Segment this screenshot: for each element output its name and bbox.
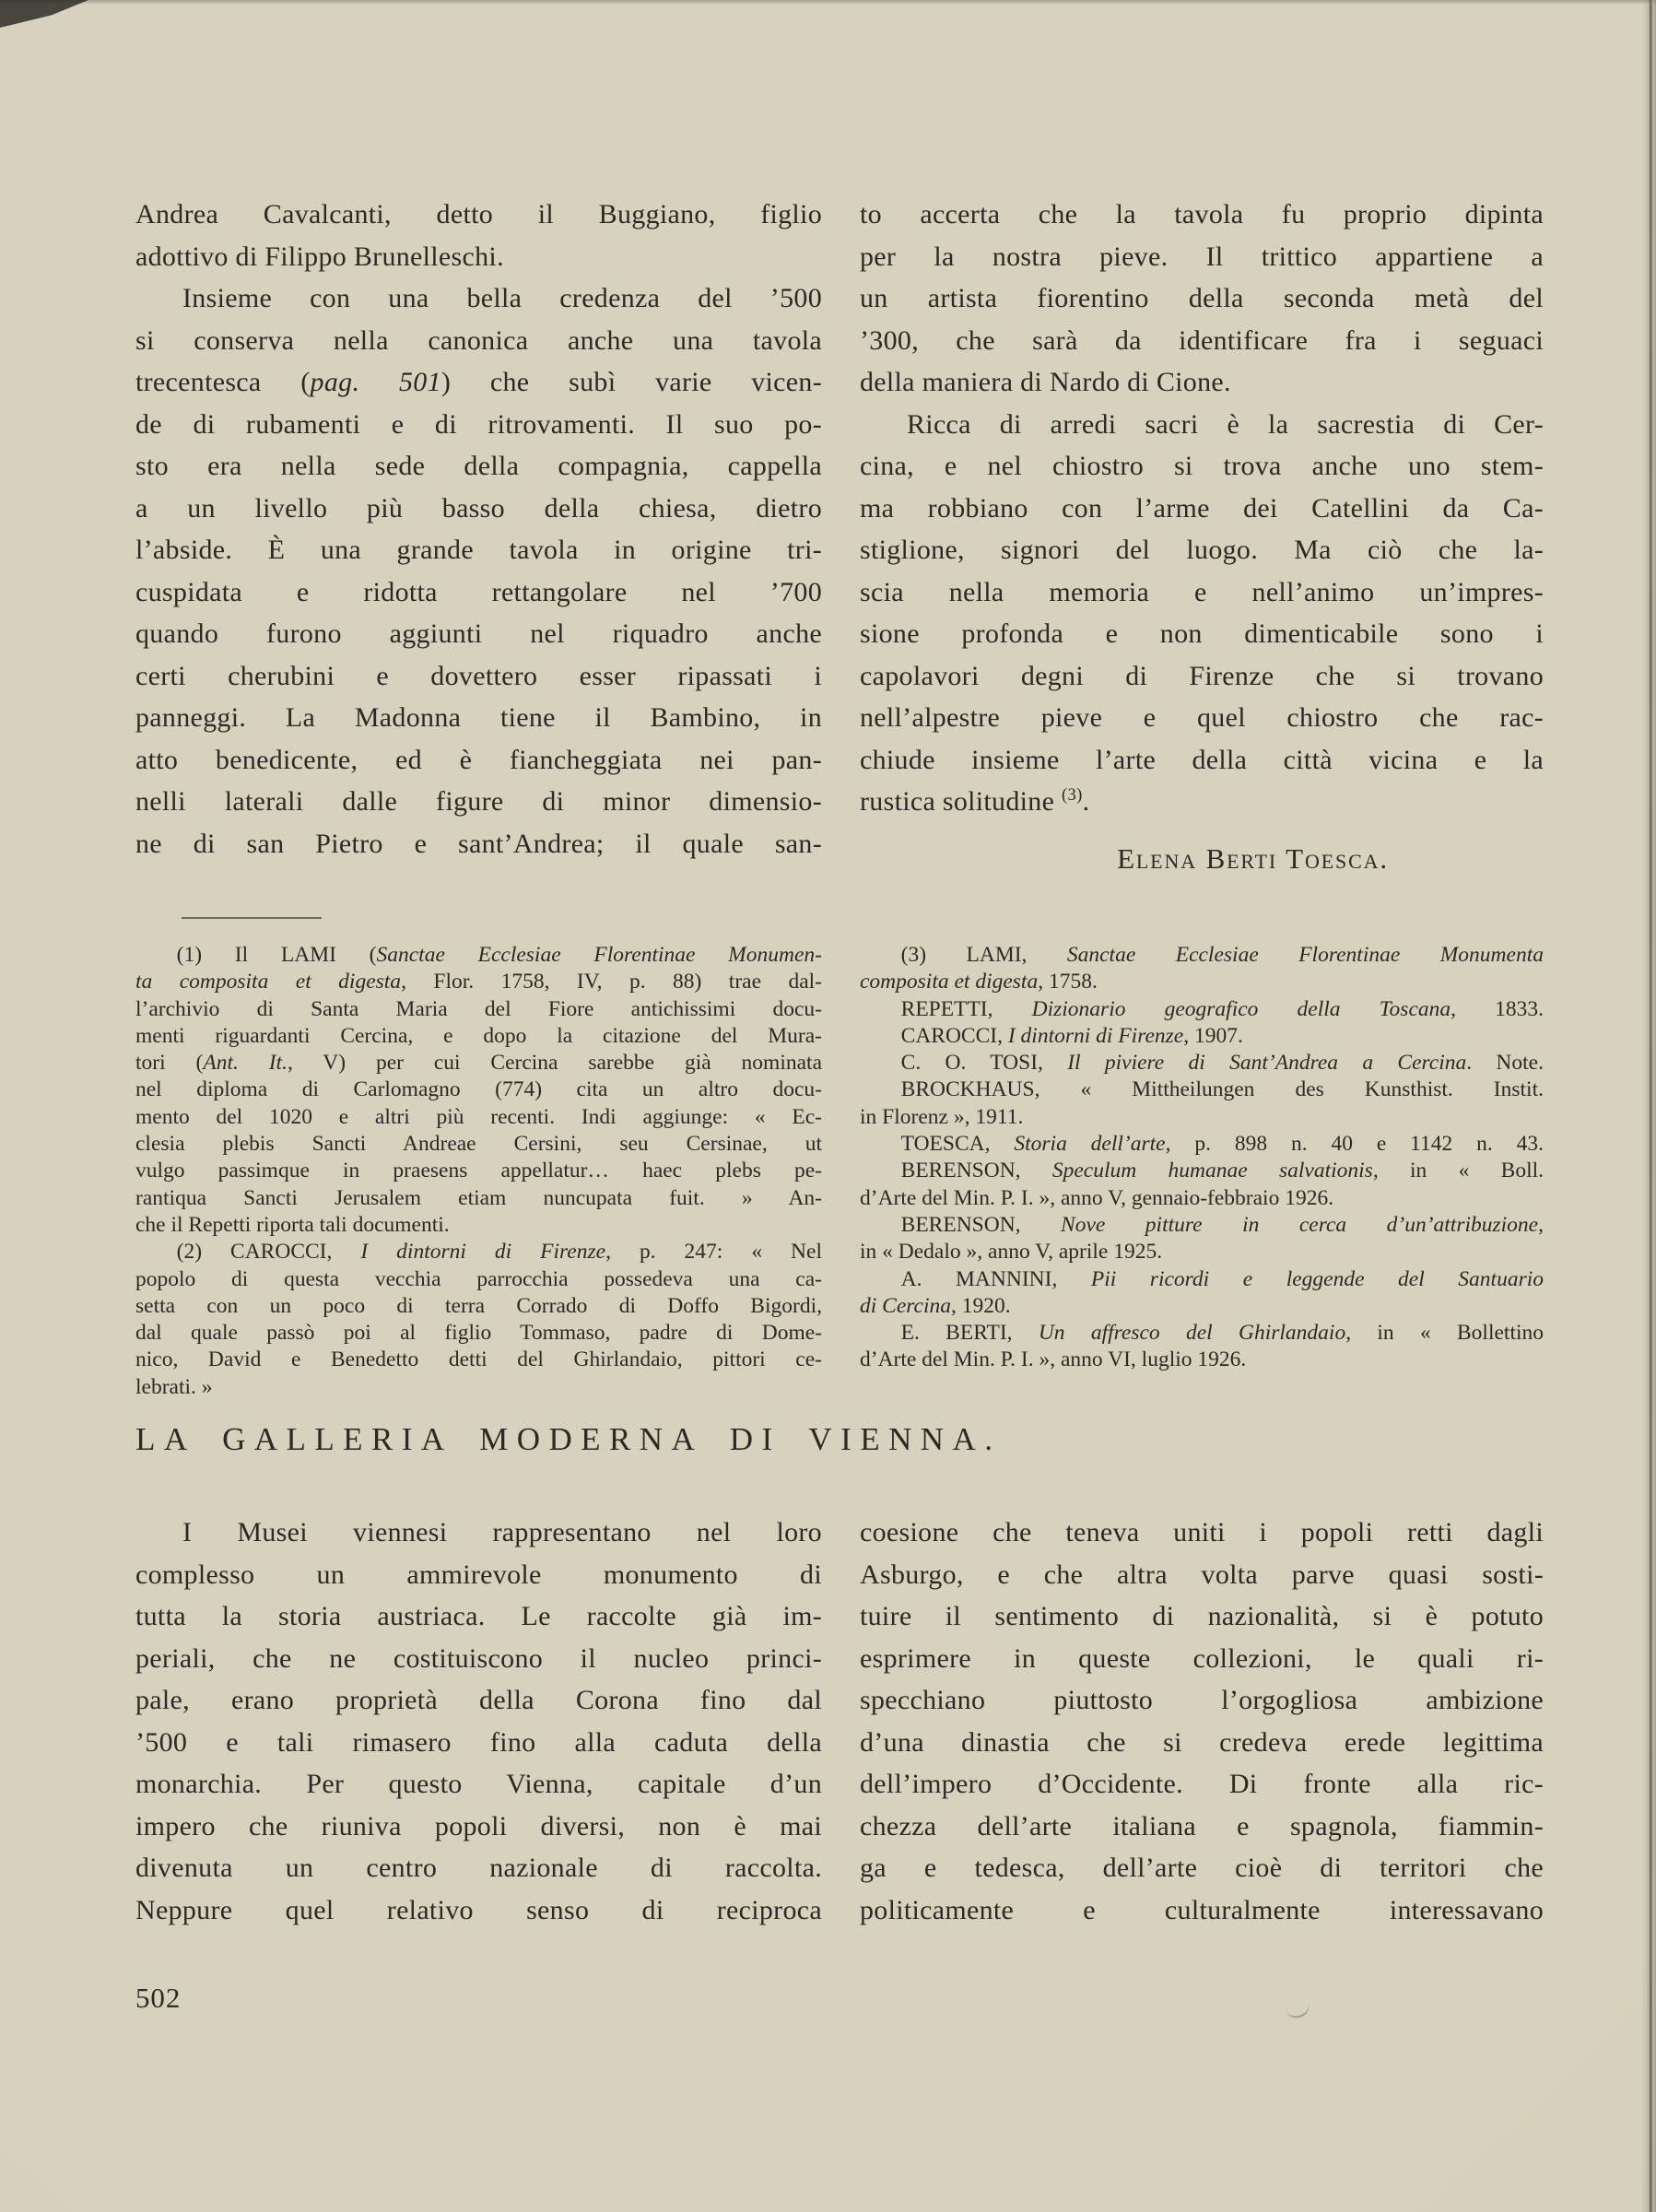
text-line: Ricca di arredi sacri è la sacrestia di … xyxy=(860,404,1544,446)
text-line: si conserva nella canonica anche una tav… xyxy=(135,320,822,362)
footnote-separator xyxy=(182,917,322,919)
text-line: de di rubamenti e di ritrovamenti. Il su… xyxy=(135,404,822,446)
text-line: in « Dedalo », anno V, aprile 1925. xyxy=(860,1239,1544,1265)
text-line: CAROCCI, I dintorni di Firenze, 1907. xyxy=(860,1023,1544,1050)
text-line: E. BERTI, Un affresco del Ghirlandaio, i… xyxy=(860,1320,1544,1347)
page-top-edge-shadow xyxy=(0,0,1656,5)
pencil-squiggle-mark xyxy=(1285,2000,1311,2020)
footnotes-right-column: (3) LAMI, Sanctae Ecclesiae Florentinae … xyxy=(860,942,1544,1374)
book-page: Andrea Cavalcanti, detto il Buggiano, fi… xyxy=(0,0,1656,2212)
text-line: dal quale passò poi al figlio Tommaso, p… xyxy=(135,1320,822,1347)
text-line: sione profonda e non dimenticabile sono … xyxy=(860,613,1544,655)
text-line: tutta la storia austriaca. Le raccolte g… xyxy=(135,1595,822,1638)
text-line: a un livello più basso della chiesa, die… xyxy=(135,488,822,530)
text-line: composita et digesta, 1758. xyxy=(860,969,1544,995)
text-line: nico, David e Benedetto detti del Ghirla… xyxy=(135,1347,822,1373)
article-right-lines: to accerta che la tavola fu proprio dipi… xyxy=(860,194,1544,823)
text-line: (3) LAMI, Sanctae Ecclesiae Florentinae … xyxy=(860,942,1544,969)
text-line: un artista fiorentino della seconda metà… xyxy=(860,277,1544,320)
text-line: vulgo passimque in praesens appellatur… … xyxy=(135,1158,822,1184)
text-line: (2) CAROCCI, I dintorni di Firenze, p. 2… xyxy=(135,1239,822,1265)
text-line: tuire il sentimento di nazionalità, si è… xyxy=(860,1595,1544,1638)
text-line: quando furono aggiunti nel riquadro anch… xyxy=(135,613,822,655)
text-line: sto era nella sede della compagnia, capp… xyxy=(135,445,822,488)
text-line: monarchia. Per questo Vienna, capitale d… xyxy=(135,1763,822,1806)
text-line: clesia plebis Sancti Andreae Cersini, se… xyxy=(135,1131,822,1158)
text-line: rustica solitudine (3). xyxy=(860,781,1544,823)
text-line: impero che riuniva popoli diversi, non è… xyxy=(135,1806,822,1848)
text-line: di Cercina, 1920. xyxy=(860,1293,1544,1320)
text-line: scia nella memoria e nell’animo un’impre… xyxy=(860,571,1544,614)
article-left-column: Andrea Cavalcanti, detto il Buggiano, fi… xyxy=(135,194,822,865)
footnotes-left-column: (1) Il LAMI (Sanctae Ecclesiae Florentin… xyxy=(135,942,822,1401)
text-line: nell’alpestre pieve e quel chiostro che … xyxy=(860,697,1544,739)
text-line: l’abside. È una grande tavola in origine… xyxy=(135,529,822,571)
text-line: BROCKHAUS, « Mittheilungen des Kunsthist… xyxy=(860,1077,1544,1103)
section-right-column: coesione che teneva uniti i popoli retti… xyxy=(860,1512,1544,1931)
text-line: specchiano piuttosto l’orgogliosa ambizi… xyxy=(860,1679,1544,1722)
text-line: per la nostra pieve. Il trittico apparti… xyxy=(860,236,1544,278)
text-line: d’Arte del Min. P. I. », anno V, gennaio… xyxy=(860,1185,1544,1212)
text-line: I Musei viennesi rappresentano nel loro xyxy=(135,1512,822,1554)
text-line: nel diploma di Carlomagno (774) cita un … xyxy=(135,1077,822,1103)
text-line: politicamente e culturalmente interessav… xyxy=(860,1889,1544,1932)
text-line: Asburgo, e che altra volta parve quasi s… xyxy=(860,1554,1544,1596)
text-line: adottivo di Filippo Brunelleschi. xyxy=(135,236,822,278)
text-line: rantiqua Sancti Jerusalem etiam nuncupat… xyxy=(135,1185,822,1212)
text-line: BERENSON, Speculum humanae salvationis, … xyxy=(860,1158,1544,1184)
author-signature: Elena Berti Toesca. xyxy=(860,838,1544,880)
text-line: cuspidata e ridotta rettangolare nel ’70… xyxy=(135,571,822,614)
text-line: menti riguardanti Cercina, e dopo la cit… xyxy=(135,1023,822,1050)
text-line: tori (Ant. It., V) per cui Cercina sareb… xyxy=(135,1050,822,1077)
text-line: ’300, che sarà da identificare fra i seg… xyxy=(860,320,1544,362)
page-number: 502 xyxy=(135,1982,181,2015)
text-line: l’archivio di Santa Maria del Fiore anti… xyxy=(135,996,822,1023)
text-line: d’Arte del Min. P. I. », anno VI, luglio… xyxy=(860,1347,1544,1373)
text-line: ta composita et digesta, Flor. 1758, IV,… xyxy=(135,969,822,995)
text-line: cina, e nel chiostro si trova anche uno … xyxy=(860,445,1544,488)
text-line: TOESCA, Storia dell’arte, p. 898 n. 40 e… xyxy=(860,1131,1544,1158)
text-line: BERENSON, Nove pitture in cerca d’un’att… xyxy=(860,1212,1544,1239)
text-line: coesione che teneva uniti i popoli retti… xyxy=(860,1512,1544,1554)
text-line: capolavori degni di Firenze che si trova… xyxy=(860,655,1544,698)
text-line: d’una dinastia che si credeva erede legi… xyxy=(860,1722,1544,1764)
text-line: mento del 1020 e altri più recenti. Indi… xyxy=(135,1104,822,1131)
text-line: trecentesca (pag. 501) che subì varie vi… xyxy=(135,361,822,404)
text-line: Neppure quel relativo senso di reciproca xyxy=(135,1889,822,1932)
text-line: ne di san Pietro e sant’Andrea; il quale… xyxy=(135,823,822,865)
text-line: panneggi. La Madonna tiene il Bambino, i… xyxy=(135,697,822,739)
text-line: REPETTI, Dizionario geografico della Tos… xyxy=(860,996,1544,1023)
text-line: lebrati. » xyxy=(135,1374,822,1401)
section-title: LA GALLERIA MODERNA DI VIENNA. xyxy=(135,1421,1001,1458)
text-line: certi cherubini e dovettero esser ripass… xyxy=(135,655,822,698)
text-line: chezza dell’arte italiana e spagnola, fi… xyxy=(860,1806,1544,1848)
text-line: della maniera di Nardo di Cione. xyxy=(860,361,1544,404)
scan-corner-mark xyxy=(0,0,88,28)
text-line: pale, erano proprietà della Corona fino … xyxy=(135,1679,822,1722)
text-line: ma robbiano con l’arme dei Catellini da … xyxy=(860,488,1544,530)
text-line: C. O. TOSI, Il piviere di Sant’Andrea a … xyxy=(860,1050,1544,1077)
text-line: stiglione, signori del luogo. Ma ciò che… xyxy=(860,529,1544,571)
text-line: ga e tedesca, dell’arte cioè di territor… xyxy=(860,1847,1544,1889)
text-line: complesso un ammirevole monumento di xyxy=(135,1554,822,1596)
text-line: chiude insieme l’arte della città vicina… xyxy=(860,739,1544,782)
text-line: divenuta un centro nazionale di raccolta… xyxy=(135,1847,822,1889)
article-right-column: to accerta che la tavola fu proprio dipi… xyxy=(860,194,1544,879)
text-line: Insieme con una bella credenza del ’500 xyxy=(135,277,822,320)
text-line: to accerta che la tavola fu proprio dipi… xyxy=(860,194,1544,236)
page-right-edge-shadow xyxy=(1641,0,1656,2212)
text-line: A. MANNINI, Pii ricordi e leggende del S… xyxy=(860,1266,1544,1293)
text-line: in Florenz », 1911. xyxy=(860,1104,1544,1131)
text-line: nelli laterali dalle figure di minor dim… xyxy=(135,781,822,823)
text-line: popolo di questa vecchia parrocchia poss… xyxy=(135,1266,822,1293)
text-line: periali, che ne costituiscono il nucleo … xyxy=(135,1638,822,1680)
text-line: dell’impero d’Occidente. Di fronte alla … xyxy=(860,1763,1544,1806)
text-line: setta con un poco di terra Corrado di Do… xyxy=(135,1293,822,1320)
text-line: Andrea Cavalcanti, detto il Buggiano, fi… xyxy=(135,194,822,236)
text-line: atto benedicente, ed è fiancheggiata nei… xyxy=(135,739,822,782)
text-line: esprimere in queste collezioni, le quali… xyxy=(860,1638,1544,1680)
section-left-column: I Musei viennesi rappresentano nel loroc… xyxy=(135,1512,822,1931)
text-line: ’500 e tali rimasero fino alla caduta de… xyxy=(135,1722,822,1764)
text-line: (1) Il LAMI (Sanctae Ecclesiae Florentin… xyxy=(135,942,822,969)
text-line: che il Repetti riporta tali documenti. xyxy=(135,1212,822,1239)
